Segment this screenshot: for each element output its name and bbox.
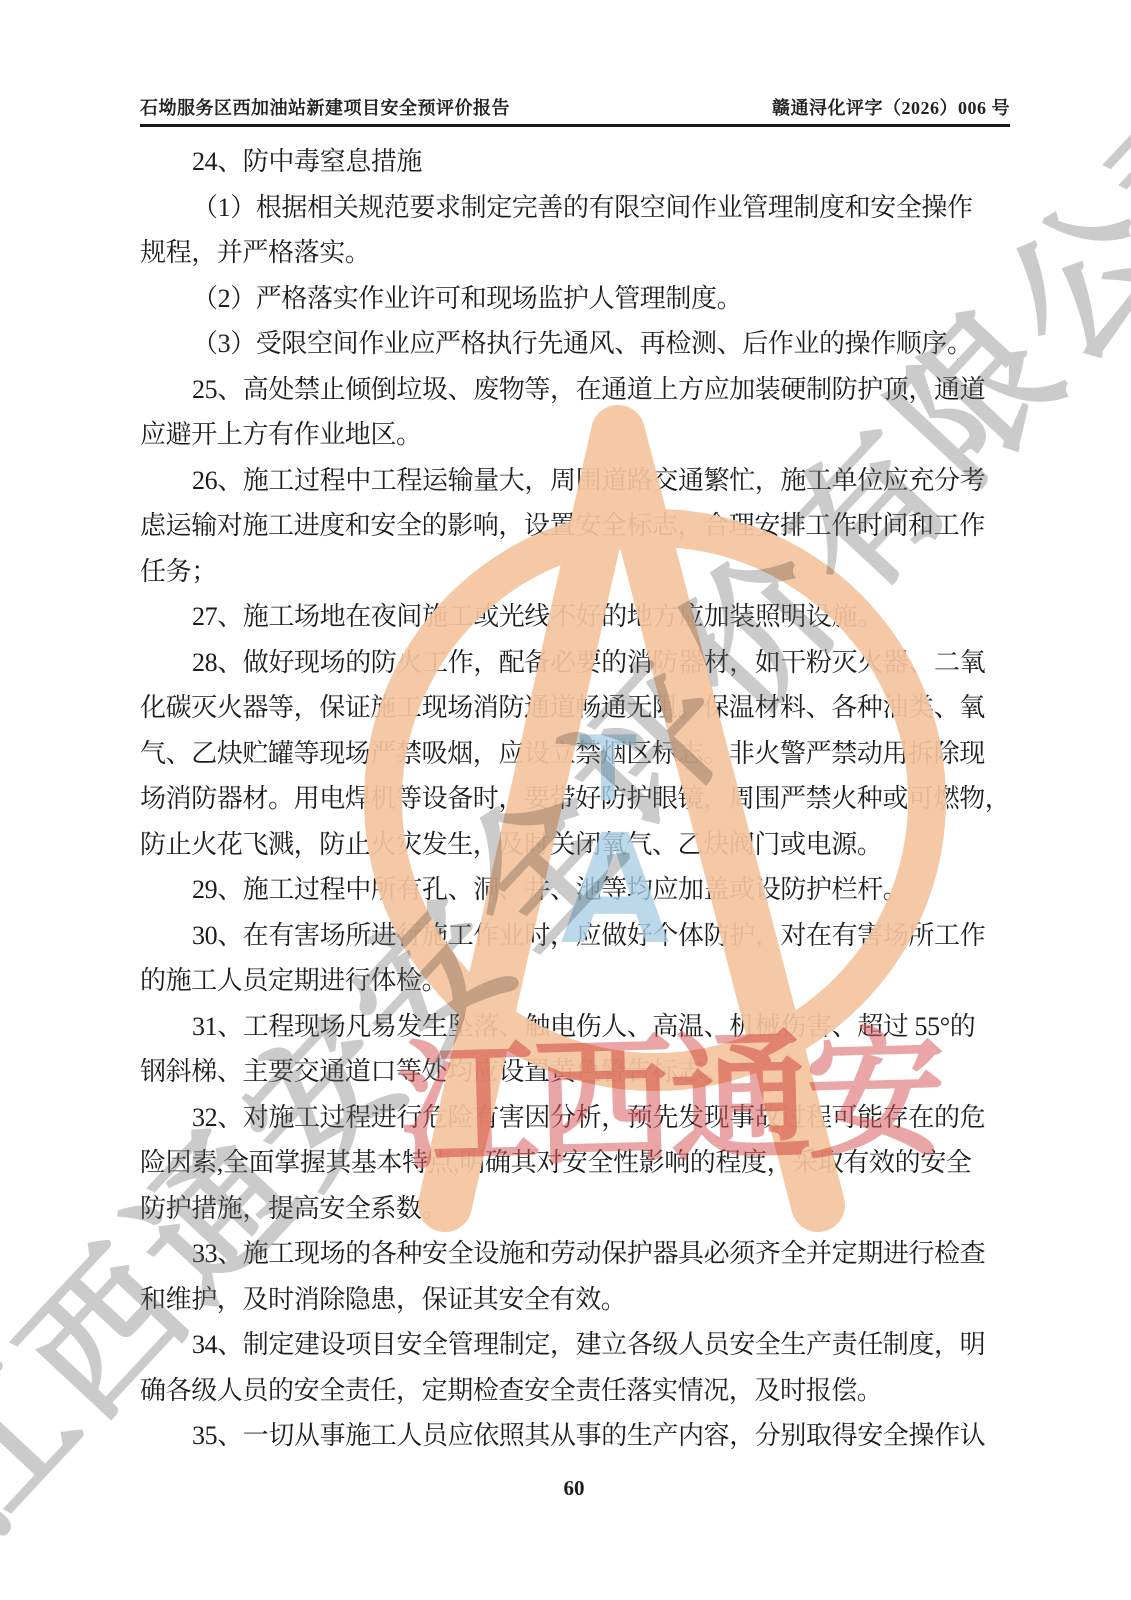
- document-page: 石坳服务区西加油站新建项目安全预评价报告 赣通浔化评字（2026）006 号 2…: [0, 0, 1131, 1600]
- page-header: 石坳服务区西加油站新建项目安全预评价报告 赣通浔化评字（2026）006 号: [140, 96, 1010, 127]
- body-line: 和维护，及时消除隐患，保证其安全有效。: [140, 1277, 1008, 1323]
- body-line: 险因素,全面掌握其基本特点,明确其对安全性影响的程度，采取有效的安全: [140, 1140, 1008, 1186]
- body-line: 24、防中毒窒息措施: [140, 139, 1008, 185]
- body-line: 防护措施，提高安全系数。: [140, 1186, 1008, 1232]
- body-line: 34、制定建设项目安全管理制定，建立各级人员安全生产责任制度，明: [140, 1322, 1008, 1368]
- page-number: 60: [140, 1476, 1008, 1501]
- body-line: 规程，并严格落实。: [140, 230, 1008, 276]
- body-line: （1）根据相关规范要求制定完善的有限空间作业管理制度和安全操作: [140, 185, 1008, 231]
- body-line: 32、对施工过程进行危险有害因分析，预先发现事故过程可能存在的危: [140, 1095, 1008, 1141]
- body-line: 31、工程现场凡易发生坠落、触电伤人、高温、机械伤害、超过 55°的: [140, 1004, 1008, 1050]
- header-report-title: 石坳服务区西加油站新建项目安全预评价报告: [140, 96, 510, 120]
- body-line: 25、高处禁止倾倒垃圾、废物等，在通道上方应加装硬制防护顶，通道: [140, 367, 1008, 413]
- body-line: 29、施工过程中所有孔、洞、井、池等均应加盖或设防护栏杆。: [140, 867, 1008, 913]
- body-line: 确各级人员的安全责任，定期检查安全责任落实情况，及时报偿。: [140, 1368, 1008, 1414]
- header-document-number: 赣通浔化评字（2026）006 号: [772, 96, 1010, 120]
- body-line: 防止火花飞溅，防止火灾发生，及时关闭氧气、乙炔阀门或电源。: [140, 822, 1008, 868]
- body-line: 虑运输对施工进度和安全的影响，设置安全标志，合理安排工作时间和工作: [140, 503, 1008, 549]
- body-line: 26、施工过程中工程运输量大，周围道路交通繁忙，施工单位应充分考: [140, 458, 1008, 504]
- body-line: 28、做好现场的防火工作，配备必要的消防器材，如干粉灭火器、二氧: [140, 640, 1008, 686]
- body-line: 化碳灭火器等，保证施工现场消防通道畅通无阻。保温材料、各种油类、氧: [140, 685, 1008, 731]
- body-line: 气、乙炔贮罐等现场严禁吸烟，应设立禁烟区标志。非火警严禁动用拆除现: [140, 731, 1008, 777]
- body-line: 钢斜梯、主要交通道口等处均应设置黄色警告标志。: [140, 1049, 1008, 1095]
- body-line: （2）严格落实作业许可和现场监护人管理制度。: [140, 276, 1008, 322]
- body-line: 30、在有害场所进行施工作业时，应做好个体防护，对在有害场所工作: [140, 913, 1008, 959]
- body-line: 33、施工现场的各种安全设施和劳动保护器具必须齐全并定期进行检查: [140, 1231, 1008, 1277]
- body-line: （3）受限空间作业应严格执行先通风、再检测、后作业的操作顺序。: [140, 321, 1008, 367]
- body-line: 27、施工场地在夜间施工或光线不好的地方应加装照明设施。: [140, 594, 1008, 640]
- body-text: 24、防中毒窒息措施 （1）根据相关规范要求制定完善的有限空间作业管理制度和安全…: [140, 139, 1008, 1459]
- body-line: 35、一切从事施工人员应依照其从事的生产内容，分别取得安全操作认: [140, 1413, 1008, 1459]
- body-line: 应避开上方有作业地区。: [140, 412, 1008, 458]
- body-line: 的施工人员定期进行体检。: [140, 958, 1008, 1004]
- body-line: 场消防器材。用电焊机等设备时，要带好防护眼镜，周围严禁火种或可燃物，: [140, 776, 1008, 822]
- body-line: 任务；: [140, 549, 1008, 595]
